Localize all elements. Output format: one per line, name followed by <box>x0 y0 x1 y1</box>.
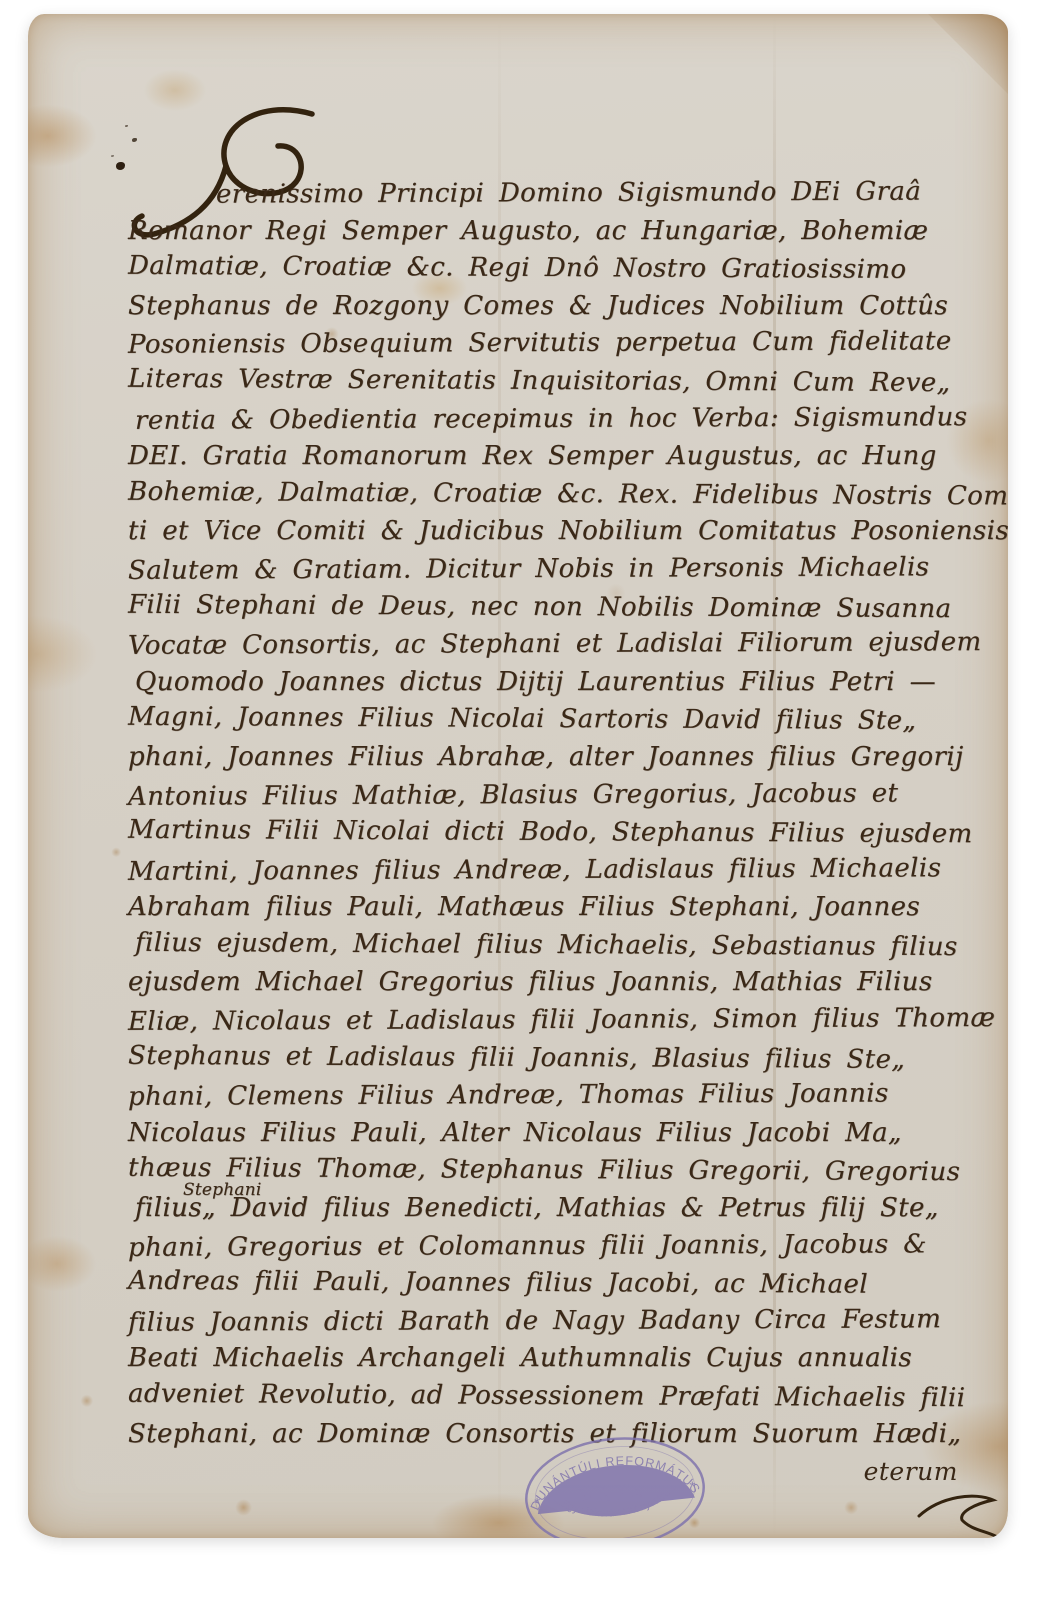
manuscript-text: erenissimo Principi Domino Sigismundo DE… <box>128 178 966 1456</box>
stamp-star-right-icon: * <box>689 1479 697 1497</box>
manuscript-line: Literas Vestræ Serenitatis Inquisitorias… <box>128 364 966 406</box>
manuscript-line: Eliæ, Nicolaus et Ladislaus filii Joanni… <box>128 1003 966 1044</box>
manuscript-line: Vocatæ Consortis, ac Stephani et Ladisla… <box>128 627 966 668</box>
manuscript-line: Nicolaus Filius Pauli, Alter Nicolaus Fi… <box>128 1118 966 1156</box>
manuscript-line: ejusdem Michael Gregorius filius Joannis… <box>128 967 966 1005</box>
manuscript-line: Quomodo Joannes dictus Dijtij Laurentius… <box>135 667 966 705</box>
manuscript-line: Andreas filii Pauli, Joannes filius Jaco… <box>128 1266 966 1308</box>
manuscript-line: Martini, Joannes filius Andreæ, Ladislau… <box>128 853 966 894</box>
manuscript-line: Abraham filius Pauli, Mathæus Filius Ste… <box>128 892 966 930</box>
manuscript-line: Bohemiæ, Dalmatiæ, Croatiæ &c. Rex. Fide… <box>128 477 966 519</box>
interlinear-insertion: Stephani <box>183 1180 262 1200</box>
manuscript-line: phani, Clemens Filius Andreæ, Thomas Fil… <box>128 1078 966 1119</box>
manuscript-line: rentia & Obedientia recepimus in hoc Ver… <box>135 402 966 443</box>
manuscript-line: adveniet Revolutio, ad Possessionem Præf… <box>128 1379 966 1421</box>
paraph-flourish <box>913 1490 1008 1538</box>
manuscript-line: Dalmatiæ, Croatiæ &c. Regi Dnô Nostro Gr… <box>128 251 966 293</box>
manuscript-line: erenissimo Principi Domino Sigismundo DE… <box>216 176 966 217</box>
manuscript-line: DEI. Gratia Romanorum Rex Semper Augustu… <box>128 441 966 479</box>
manuscript-line: Salutem & Gratiam. Dicitur Nobis in Pers… <box>128 552 966 593</box>
manuscript-line: phani, Joannes Filius Abrahæ, alter Joan… <box>128 742 966 780</box>
library-stamp: DUNÁNTÚLI REFORMÁTUS PÁPA Egyházkerület … <box>520 1436 710 1538</box>
manuscript-line: phani, Gregorius et Colomannus filii Joa… <box>128 1229 966 1270</box>
manuscript-line: Antonius Filius Mathiæ, Blasius Gregoriu… <box>128 778 966 819</box>
manuscript-line: Magni, Joannes Filius Nicolai Sartoris D… <box>128 702 966 744</box>
manuscript-line: Beati Michaelis Archangeli Authumnalis C… <box>128 1343 966 1381</box>
manuscript-line: Filii Stephani de Deus, nec non Nobilis … <box>128 589 966 631</box>
manuscript-line: Stephanus et Ladislaus filii Joannis, Bl… <box>128 1040 966 1082</box>
manuscript-line-with-insertion: Stephanifilius„ David filius Benedicti, … <box>135 1193 966 1231</box>
manuscript-line: Posoniensis Obsequium Servitutis perpetu… <box>128 327 966 368</box>
catchword: eterum <box>864 1457 958 1486</box>
manuscript-line: filius ejusdem, Michael filius Michaelis… <box>135 928 966 970</box>
manuscript-line: filius Joannis dicti Barath de Nagy Bada… <box>128 1304 966 1345</box>
manuscript-line: ti et Vice Comiti & Judicibus Nobilium C… <box>128 516 966 554</box>
manuscript-line: Stephanus de Rozgony Comes & Judices Nob… <box>128 291 966 329</box>
manuscript-page: S erenissimo Principi Domino Sigismundo … <box>28 14 1008 1538</box>
manuscript-line: Martinus Filii Nicolai dicti Bodo, Steph… <box>128 815 966 857</box>
folded-corner <box>928 14 1008 94</box>
manuscript-line: Romanor Regi Semper Augusto, ac Hungariæ… <box>128 216 966 254</box>
